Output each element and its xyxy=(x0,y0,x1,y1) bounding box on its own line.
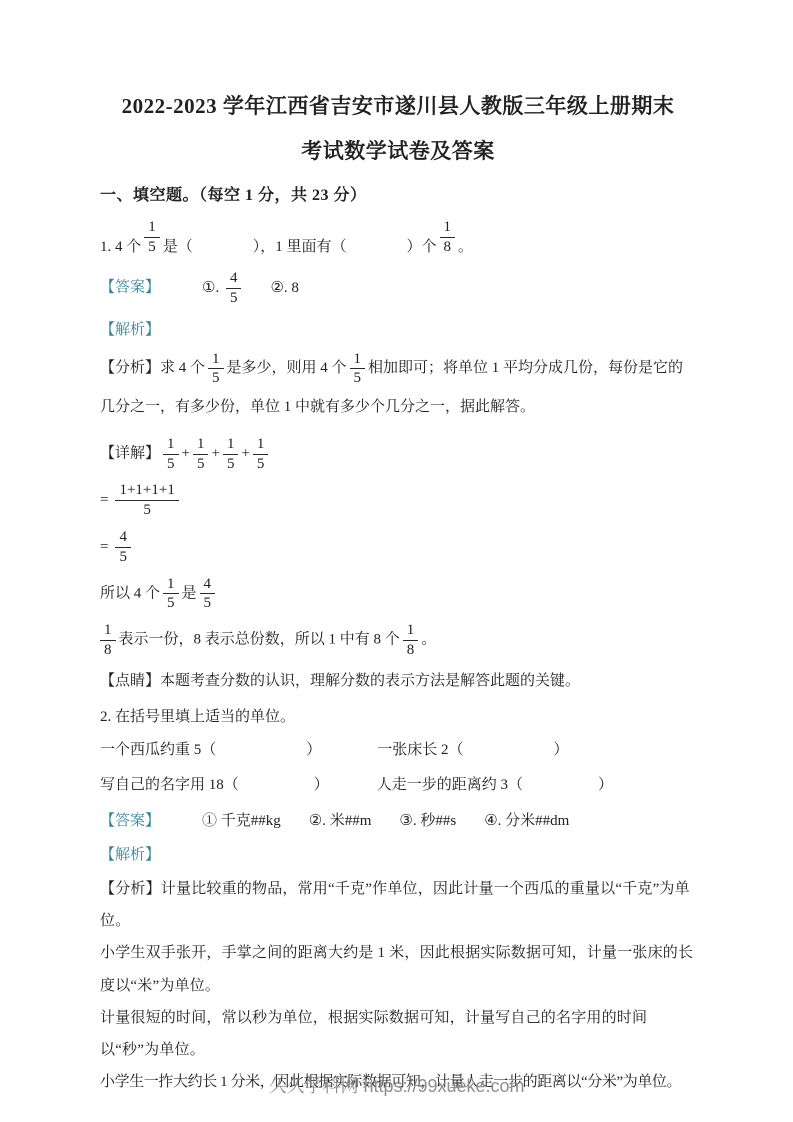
jiexi-label: 【解析】 xyxy=(100,847,160,863)
fraction-denominator: 8 xyxy=(440,238,456,256)
q1-analysis-a: 【分析】求 4 个 xyxy=(100,360,205,376)
fraction-one-fifth: 15 xyxy=(350,351,366,388)
q1-conclusion-b: 是 xyxy=(182,585,197,601)
fraction-numerator: 1 xyxy=(163,436,179,455)
q2-analysis-paragraph-3: 计量很短的时间，常以秒为单位，根据实际数据可知，计量写自己的名字用的时间以“秒”… xyxy=(100,1002,696,1067)
q2-analysis-paragraph-2: 小学生双手张开，手掌之间的距离大约是 1 米，因此根据实际数据可知，计量一张床的… xyxy=(100,937,696,1002)
q1-analysis-paragraph: 【分析】求 4 个15是多少，则用 4 个15相加即可；将单位 1 平均分成几份… xyxy=(100,349,696,426)
fraction-one-fifth: 15 xyxy=(144,219,160,256)
fraction-numerator: 1 xyxy=(403,622,419,641)
fraction-one-fifth: 15 xyxy=(163,576,179,613)
fraction-denominator: 5 xyxy=(226,289,242,307)
q2-row-1: 一个西瓜约重 5（ ）一张床长 2（ ） xyxy=(100,736,696,765)
title-line-1: 2022-2023 学年江西省吉安市遂川县人教版三年级上册期末 xyxy=(100,84,696,129)
fraction-numerator: 1+1+1+1 xyxy=(115,482,178,501)
q2-jiexi-label: 【解析】 xyxy=(100,844,696,867)
fraction-numerator: 4 xyxy=(115,529,131,548)
question-2-stem: 2. 在括号里填上适当的单位。 xyxy=(100,705,696,729)
fraction-one-eighth: 18 xyxy=(100,622,116,659)
fraction-one-fifth: 15 xyxy=(253,436,269,473)
fraction-numerator: 1 xyxy=(100,622,116,641)
fraction-one-eighth: 18 xyxy=(403,622,419,659)
fraction-denominator: 5 xyxy=(144,238,160,256)
q2-answer-item-3: ③. 秒##s xyxy=(399,813,456,829)
q1-detail-line: 【详解】15+15+15+15 xyxy=(100,436,696,473)
fraction-numerator: 1 xyxy=(223,436,239,455)
plus-sign: + xyxy=(241,446,249,462)
section-heading: 一、填空题。（每空 1 分，共 23 分） xyxy=(100,182,696,205)
q1-stem-end: 。 xyxy=(458,239,473,255)
fraction-four-fifths: 45 xyxy=(226,270,242,307)
fraction-numerator: 4 xyxy=(200,576,216,595)
q1-jiexi-label: 【解析】 xyxy=(100,319,696,342)
fraction-one-fifth: 15 xyxy=(208,351,224,388)
fraction-numerator: 1 xyxy=(144,219,160,238)
fraction-denominator: 5 xyxy=(115,501,178,519)
q2-analysis-paragraph-1: 【分析】计量比较重的物品，常用“千克”作单位，因此计量一个西瓜的重量以“千克”为… xyxy=(100,873,696,938)
q1-answer-item2: ②. 8 xyxy=(270,280,298,296)
q2-blank-bed: 一张床长 2（ ） xyxy=(377,742,568,758)
fraction-one-fifth: 15 xyxy=(193,436,209,473)
fraction-numerator: 1 xyxy=(208,351,224,370)
fraction-numerator: 1 xyxy=(350,351,366,370)
document-title: 2022-2023 学年江西省吉安市遂川县人教版三年级上册期末 考试数学试卷及答… xyxy=(100,84,696,174)
q1-stem-pre: 1. 4 个 xyxy=(100,239,141,255)
fraction-denominator: 5 xyxy=(200,594,216,612)
q1-equation-step-1: =1+1+1+15 xyxy=(100,482,696,519)
q1-note-line: 【点睛】本题考查分数的认识，理解分数的表示方法是解答此题的关键。 xyxy=(100,669,696,693)
fraction-denominator: 5 xyxy=(223,455,239,473)
detail-label: 【详解】 xyxy=(100,446,160,462)
answer-label: 【答案】 xyxy=(100,813,160,829)
plus-sign: + xyxy=(211,446,219,462)
fraction-denominator: 5 xyxy=(350,369,366,387)
answer-label: 【答案】 xyxy=(100,280,160,296)
fraction-denominator: 8 xyxy=(403,641,419,659)
fraction-numerator: 4 xyxy=(226,270,242,289)
exam-document-page: 2022-2023 学年江西省吉安市遂川县人教版三年级上册期末 考试数学试卷及答… xyxy=(0,0,793,1122)
q2-answer-item-4: ④. 分米##dm xyxy=(484,813,569,829)
q1-eighth-text: 表示一份，8 表示总份数，所以 1 中有 8 个 xyxy=(119,632,400,648)
q1-analysis-b: 是多少，则用 4 个 xyxy=(227,360,347,376)
q1-conclusion-a: 所以 4 个 xyxy=(100,585,160,601)
q1-eighth-end: 。 xyxy=(421,632,436,648)
fraction-one-eighth: 18 xyxy=(440,219,456,256)
q1-stem-mid: 是（ ），1 里面有（ ）个 xyxy=(163,239,437,255)
plus-sign: + xyxy=(182,446,190,462)
question-1-stem: 1. 4 个15是（ ），1 里面有（ ）个18。 xyxy=(100,219,696,260)
fraction-numerator: 1 xyxy=(253,436,269,455)
fraction-one-fifth: 15 xyxy=(223,436,239,473)
equals-sign: = xyxy=(100,490,108,511)
fraction-numerator: 1 xyxy=(193,436,209,455)
q1-conclusion-line: 所以 4 个15是45 xyxy=(100,576,696,613)
fraction-four-fifths: 45 xyxy=(115,529,131,566)
fraction-denominator: 5 xyxy=(193,455,209,473)
fraction-denominator: 5 xyxy=(163,594,179,612)
fraction-denominator: 5 xyxy=(253,455,269,473)
fraction-denominator: 5 xyxy=(208,369,224,387)
fraction-denominator: 5 xyxy=(115,548,131,566)
q1-eighth-explanation-line: 18表示一份，8 表示总份数，所以 1 中有 8 个18。 xyxy=(100,622,696,659)
title-line-2: 考试数学试卷及答案 xyxy=(100,129,696,174)
q2-blank-name-writing: 写自己的名字用 18（ ） xyxy=(100,777,329,793)
fraction-numerator: 1 xyxy=(440,219,456,238)
q1-answer-item1-prefix: ①. xyxy=(202,280,223,296)
fraction-one-fifth: 15 xyxy=(163,436,179,473)
q2-blank-watermelon: 一个西瓜约重 5（ ） xyxy=(100,742,321,758)
fraction-sum-over-five: 1+1+1+15 xyxy=(115,482,178,519)
fraction-four-fifths: 45 xyxy=(200,576,216,613)
q2-answer-line: 【答案】① 千克##kg②. 米##m③. 秒##s④. 分米##dm xyxy=(100,810,696,833)
site-watermark: 久久学科网 https://99xueke.com xyxy=(0,1072,793,1098)
q2-answer-item-2: ②. 米##m xyxy=(309,813,372,829)
equals-sign: = xyxy=(100,537,108,558)
q2-blank-step-distance: 人走一步的距离约 3（ ） xyxy=(377,777,613,793)
q1-answer-line: 【答案】①. 45②. 8 xyxy=(100,270,696,307)
q2-answer-item-1: ① 千克##kg xyxy=(202,813,281,829)
jiexi-label: 【解析】 xyxy=(100,322,160,338)
q2-row-2: 写自己的名字用 18（ ）人走一步的距离约 3（ ） xyxy=(100,771,696,800)
q1-equation-step-2: =45 xyxy=(100,529,696,566)
fraction-denominator: 8 xyxy=(100,641,116,659)
fraction-denominator: 5 xyxy=(163,455,179,473)
fraction-numerator: 1 xyxy=(163,576,179,595)
